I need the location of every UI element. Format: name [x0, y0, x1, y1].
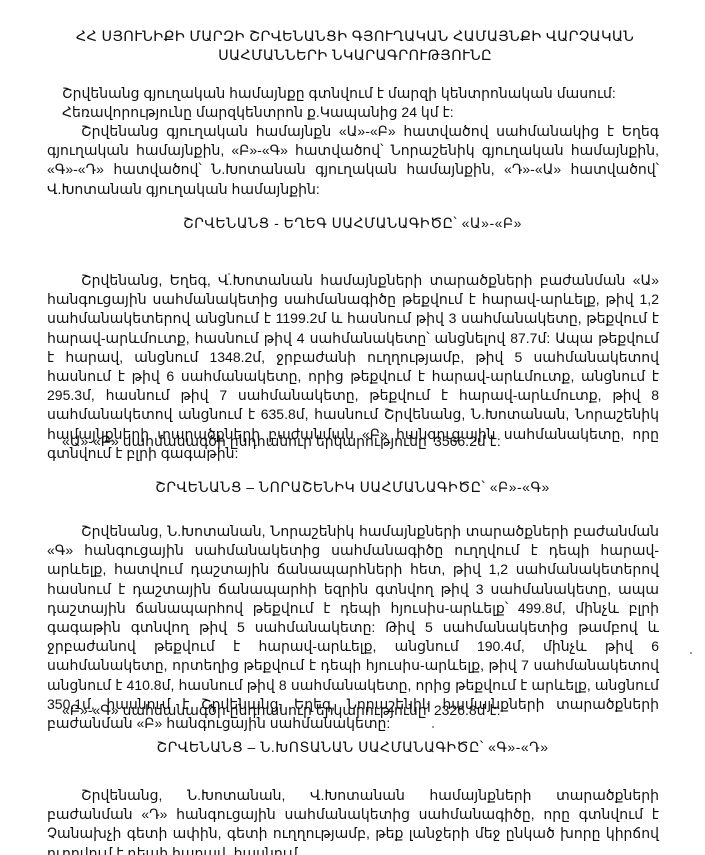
document-title-line-2: ՍԱՀՄԱՆՆԵՐԻ ՆԿԱՐԱԳՐՈՒԹՅՈՒՆԸ [60, 47, 650, 66]
section-heading-a-b: ՇՐՎԵՆԱՆՑ - ԵՂԵԳ ՍԱՀՄԱՆԱԳԻԾԸ՝ «Ա»-«Բ» [0, 214, 705, 233]
scan-speck [228, 273, 230, 275]
section-heading-g-d: ՇՐՎԵՆԱՆՑ – Ն.ԽՈՏԱՆԱՆ ՍԱՀՄԱՆԱԳԻԾԸ՝ «Գ»-«Դ… [0, 738, 705, 757]
section-total-a-b: «Ա»-«Բ» սահմանագծի ընդհանուր երկարությու… [62, 432, 501, 451]
intro-paragraph: Շրվենանց գյուղական համայնքն «Ա»-«Բ» հատվ… [47, 122, 659, 199]
scan-speck [690, 652, 692, 654]
section-body-g-d: Շրվենանց, Ն.Խոտանան, Վ.Խոտանան համայնքնե… [47, 786, 659, 855]
intro-location-line: Շրվենանց գյուղական համայնքը գտնվում է մա… [62, 84, 616, 103]
section-total-b-g: «Բ»-«Գ» սահմանագծի ընդհանուր երկարությու… [62, 701, 501, 720]
intro-distance-line: Հեռավորությունը մարզկենտրոն ք.Կապանից 24… [62, 103, 454, 122]
document-title: ՀՀ ՍՅՈՒՆԻՔԻ ՄԱՐԶԻ ՇՐՎԵՆԱՆՑԻ ԳՅՈՒՂԱԿԱՆ ՀԱ… [60, 28, 650, 66]
scan-speck [432, 726, 434, 728]
section-heading-b-g: ՇՐՎԵՆԱՆՑ – ՆՈՐԱՇԵՆԻԿ ՍԱՀՄԱՆԱԳԻԾԸ՝ «Բ»-«Գ… [0, 478, 705, 497]
scanned-document-page: ՀՀ ՍՅՈՒՆԻՔԻ ՄԱՐԶԻ ՇՐՎԵՆԱՆՑԻ ԳՅՈՒՂԱԿԱՆ ՀԱ… [0, 0, 705, 855]
document-title-line-1: ՀՀ ՍՅՈՒՆԻՔԻ ՄԱՐԶԻ ՇՐՎԵՆԱՆՑԻ ԳՅՈՒՂԱԿԱՆ ՀԱ… [60, 28, 650, 47]
